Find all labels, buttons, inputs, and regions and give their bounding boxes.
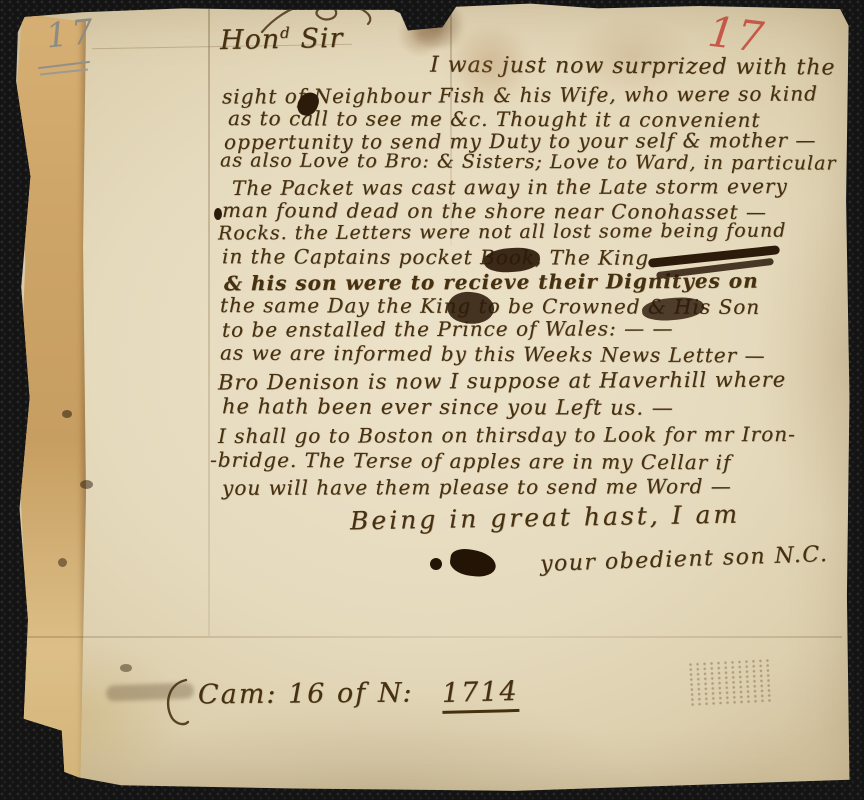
paper-crease <box>16 636 842 638</box>
ink-blot <box>80 480 93 489</box>
offset-ink-marks <box>687 658 775 706</box>
scan-background: 17 17 Hond Sir I was just now surprized … <box>0 0 864 800</box>
salutation: Hond Sir <box>220 23 344 56</box>
ink-blot <box>430 558 442 570</box>
closing-line: Being in great hast, I am <box>350 500 741 536</box>
letter-line: as also Love to Bro: & Sisters; Love to … <box>220 149 837 174</box>
docket-line: Cam: 16 of N: 1714 <box>198 677 519 716</box>
pencil-page-number: 17 <box>44 11 99 56</box>
letter-line: to be enstalled the Prince of Wales: — — <box>222 316 674 342</box>
letter-line: Rocks. the Letters were not all lost som… <box>218 220 786 245</box>
ink-smudge <box>106 682 195 701</box>
letter-line: in the Captains pocket Book, The King <box>222 244 649 269</box>
docket-text: Cam: 16 of N: <box>198 678 414 711</box>
letter-page: 17 17 Hond Sir I was just now surprized … <box>6 2 852 794</box>
paper-crease <box>208 6 210 636</box>
ink-blot <box>62 410 72 418</box>
letter-line: you will have them please to send me Wor… <box>222 474 732 500</box>
ink-blot <box>214 208 222 220</box>
archival-tape-strip <box>12 14 86 790</box>
letter-line: Bro Denison is now I suppose at Haverhil… <box>218 368 786 395</box>
letter-line: as we are informed by this Weeks News Le… <box>220 341 766 368</box>
ink-blot <box>448 547 497 579</box>
signature-line: your obedient son N.C. <box>540 542 829 577</box>
paper-stain <box>442 28 538 102</box>
letter-line: I shall go to Boston on thirsday to Look… <box>218 422 796 448</box>
ink-blot <box>58 558 67 567</box>
letter-line: -bridge. The Terse of apples are in my C… <box>210 448 732 475</box>
letter-line: The Packet was cast away in the Late sto… <box>232 174 788 200</box>
docket-year: 1714 <box>442 676 520 714</box>
ink-blot <box>120 664 132 672</box>
letter-line: he hath been ever since you Left us. — <box>222 394 674 420</box>
